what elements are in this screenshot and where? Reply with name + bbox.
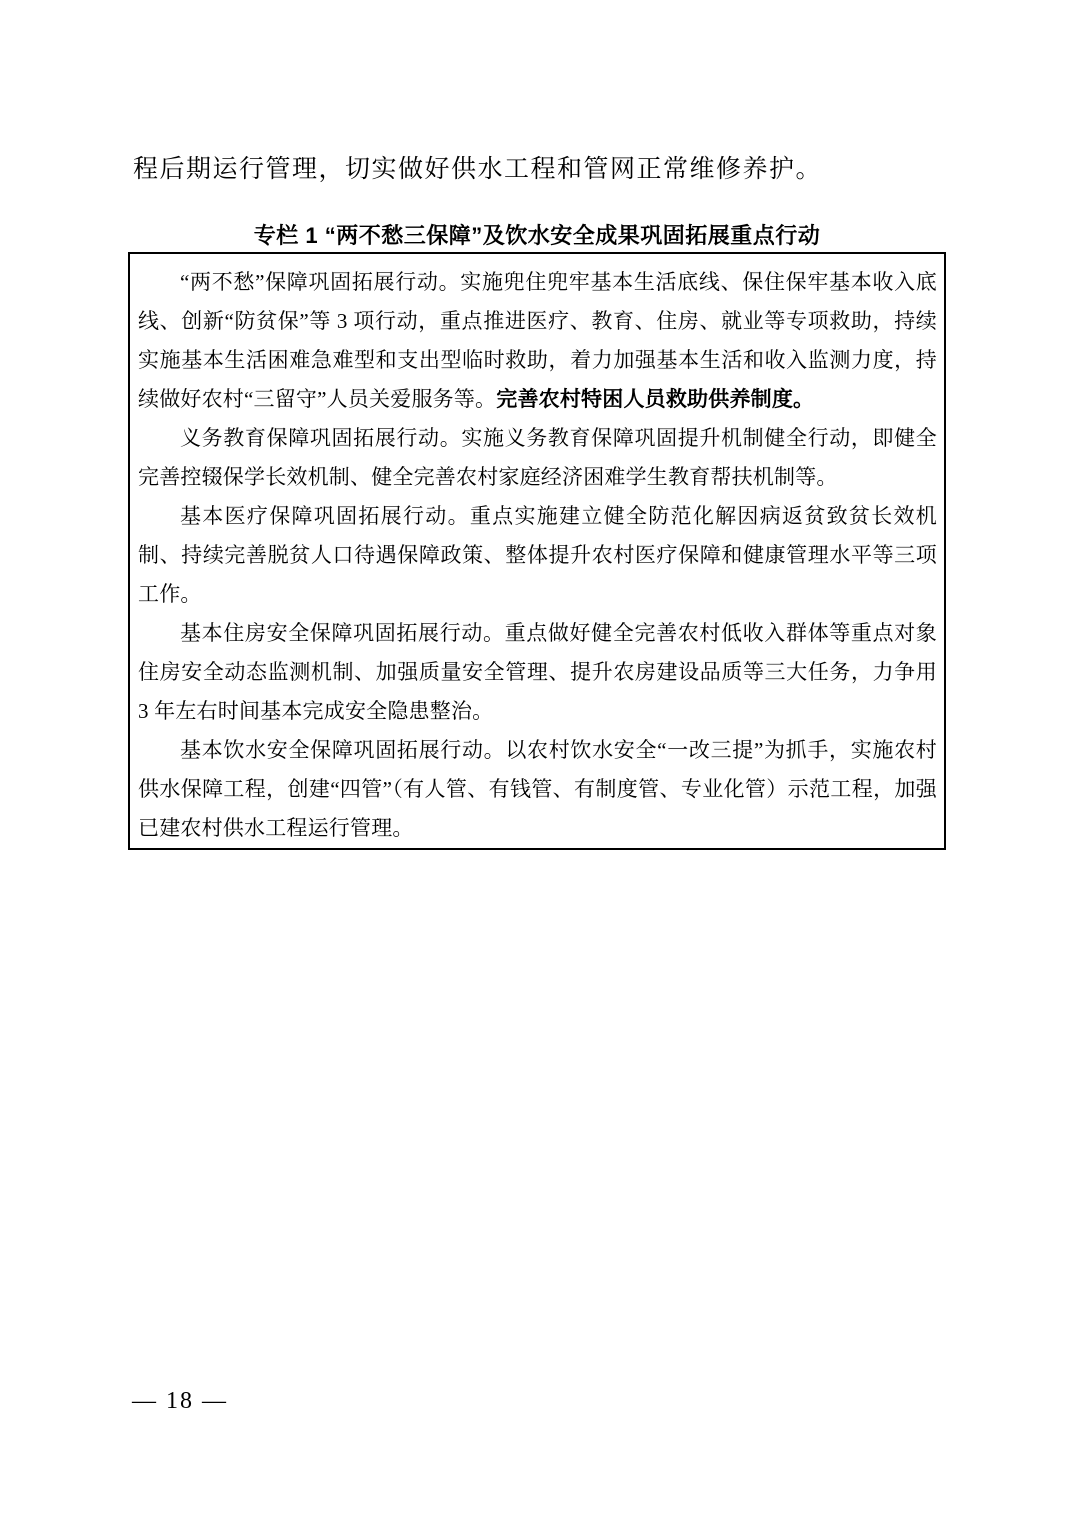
box-paragraph-3: 基本医疗保障巩固拓展行动。重点实施建立健全防范化解因病返贫致贫长效机制、持续完善… <box>138 497 937 614</box>
column-box-title: 专栏 1 “两不愁三保障”及饮水安全成果巩固拓展重点行动 <box>128 221 946 251</box>
box-paragraph-4: 基本住房安全保障巩固拓展行动。重点做好健全完善农村低收入群体等重点对象住房安全动… <box>138 614 937 731</box>
paragraph-1-bold-text: 完善农村特困人员救助供养制度。 <box>496 387 814 411</box>
paragraph-4-text: 基本住房安全保障巩固拓展行动。重点做好健全完善农村低收入群体等重点对象住房安全动… <box>138 621 937 723</box>
document-page: 程后期运行管理，切实做好供水工程和管网正常维修养护。 专栏 1 “两不愁三保障”… <box>0 0 1074 1520</box>
box-paragraph-1: “两不愁”保障巩固拓展行动。实施兜住兜牢基本生活底线、保住保牢基本收入底线、创新… <box>138 263 937 419</box>
box-paragraph-5: 基本饮水安全保障巩固拓展行动。以农村饮水安全“一改三提”为抓手，实施农村供水保障… <box>138 731 937 848</box>
column-box: “两不愁”保障巩固拓展行动。实施兜住兜牢基本生活底线、保住保牢基本收入底线、创新… <box>128 252 946 850</box>
paragraph-5-text: 基本饮水安全保障巩固拓展行动。以农村饮水安全“一改三提”为抓手，实施农村供水保障… <box>138 738 937 840</box>
body-text-line: 程后期运行管理，切实做好供水工程和管网正常维修养护。 <box>133 152 963 188</box>
box-paragraph-2: 义务教育保障巩固拓展行动。实施义务教育保障巩固提升机制健全行动，即健全完善控辍保… <box>138 419 937 497</box>
page-number: — 18 — <box>132 1388 228 1415</box>
paragraph-3-text: 基本医疗保障巩固拓展行动。重点实施建立健全防范化解因病返贫致贫长效机制、持续完善… <box>138 504 937 606</box>
paragraph-2-text: 义务教育保障巩固拓展行动。实施义务教育保障巩固提升机制健全行动，即健全完善控辍保… <box>138 426 937 489</box>
